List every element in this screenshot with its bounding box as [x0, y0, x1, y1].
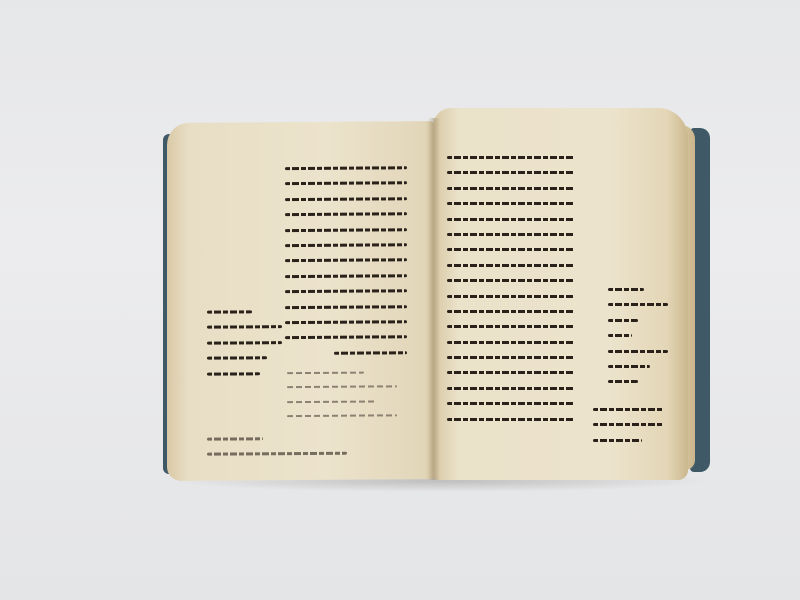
left-page — [167, 121, 435, 481]
left-page-pencil-notes — [287, 371, 397, 429]
left-page-bottom-notes — [207, 437, 347, 469]
book-gutter — [428, 118, 440, 480]
right-page-side-table — [608, 288, 668, 396]
right-page — [433, 108, 688, 480]
left-page-margin-notes — [207, 310, 282, 387]
right-page-text-block — [447, 156, 575, 433]
right-page-bottom-notes — [593, 408, 663, 454]
left-page-text-block — [285, 166, 407, 367]
